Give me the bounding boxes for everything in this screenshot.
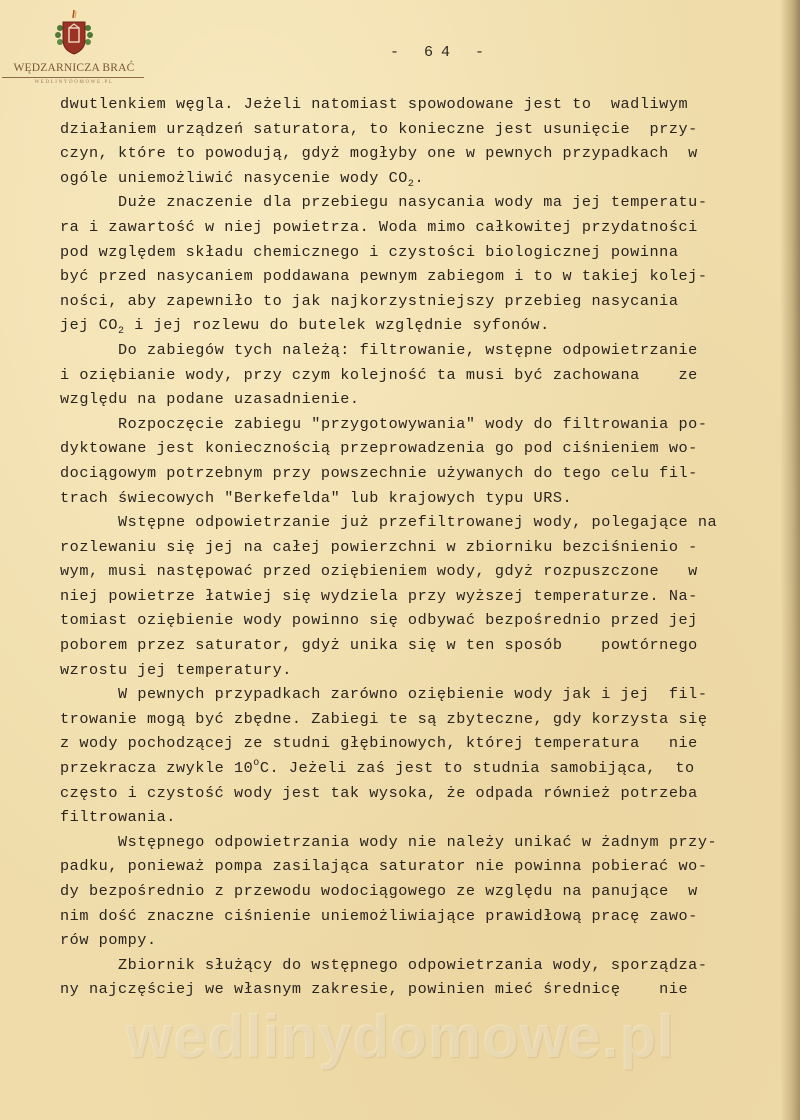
- text-line: niej powietrze łatwiej się wydziela przy…: [60, 584, 785, 609]
- text-line: jej CO2 i jej rozlewu do butelek względn…: [60, 313, 785, 338]
- text-line: ności, aby zapewniło to jak najkorzystni…: [60, 289, 785, 314]
- text-line: trach świecowych "Berkefelda" lub krajow…: [60, 486, 785, 511]
- logo-subtitle: WEDLINYDOMOWE.PL: [0, 80, 148, 85]
- text-line: często i czystość wody jest tak wysoka, …: [60, 781, 785, 806]
- text-line: Do zabiegów tych należą: filtrowanie, ws…: [60, 338, 785, 363]
- text-line: działaniem urządzeń saturatora, to konie…: [60, 117, 785, 142]
- text-line: dyktowane jest koniecznością przeprowadz…: [60, 436, 785, 461]
- text-line: z wody pochodzącej ze studni głębinowych…: [60, 731, 785, 756]
- text-line: Duże znaczenie dla przebiegu nasycania w…: [60, 190, 785, 215]
- text-line: Rozpoczęcie zabiegu "przygotowywania" wo…: [60, 412, 785, 437]
- text-line: padku, ponieważ pompa zasilająca saturat…: [60, 854, 785, 879]
- text-line: ny najczęściej we własnym zakresie, powi…: [60, 977, 785, 1002]
- text-line: być przed nasycaniem poddawana pewnym za…: [60, 264, 785, 289]
- logo-name: WĘDZARNICZA BRAĆ: [0, 62, 148, 74]
- text-line: czyn, które to powodują, gdyż mogłyby on…: [60, 141, 785, 166]
- text-line: ra i zawartość w niej powietrza. Woda mi…: [60, 215, 785, 240]
- text-line: wym, musi następować przed oziębieniem w…: [60, 559, 785, 584]
- document-body: dwutlenkiem węgla. Jeżeli natomiast spow…: [60, 92, 785, 1002]
- site-logo: WĘDZARNICZA BRAĆ WEDLINYDOMOWE.PL: [0, 8, 148, 85]
- text-line: wzrostu jej temperatury.: [60, 658, 785, 683]
- text-line: trowanie mogą być zbędne. Zabiegi te są …: [60, 707, 785, 732]
- text-line: pod względem składu chemicznego i czysto…: [60, 240, 785, 265]
- text-line: nim dość znaczne ciśnienie uniemożliwiaj…: [60, 904, 785, 929]
- logo-divider: [2, 77, 144, 78]
- watermark: wedlinydomowe.pl: [0, 1002, 800, 1071]
- text-line: dwutlenkiem węgla. Jeżeli natomiast spow…: [60, 92, 785, 117]
- text-line: ogóle uniemożliwić nasycenie wody CO2.: [60, 166, 785, 191]
- text-line: względu na podane uzasadnienie.: [60, 387, 785, 412]
- text-line: przekracza zwykle 10oC. Jeżeli zaś jest …: [60, 756, 785, 781]
- smokehouse-emblem-icon: [52, 8, 96, 58]
- text-line: W pewnych przypadkach zarówno oziębienie…: [60, 682, 785, 707]
- text-line: filtrowania.: [60, 805, 785, 830]
- text-line: rozlewaniu się jej na całej powierzchni …: [60, 535, 785, 560]
- text-line: dy bezpośrednio z przewodu wodociągowego…: [60, 879, 785, 904]
- text-line: i oziębianie wody, przy czym kolejność t…: [60, 363, 785, 388]
- text-line: poborem przez saturator, gdyż unika się …: [60, 633, 785, 658]
- text-line: rów pompy.: [60, 928, 785, 953]
- page-number: - 64 -: [390, 44, 492, 61]
- text-line: tomiast oziębienie wody powinno się odby…: [60, 608, 785, 633]
- text-line: dociągowym potrzebnym przy powszechnie u…: [60, 461, 785, 486]
- text-line: Wstępne odpowietrzanie już przefiltrowan…: [60, 510, 785, 535]
- text-line: Wstępnego odpowietrzania wody nie należy…: [60, 830, 785, 855]
- text-line: Zbiornik służący do wstępnego odpowietrz…: [60, 953, 785, 978]
